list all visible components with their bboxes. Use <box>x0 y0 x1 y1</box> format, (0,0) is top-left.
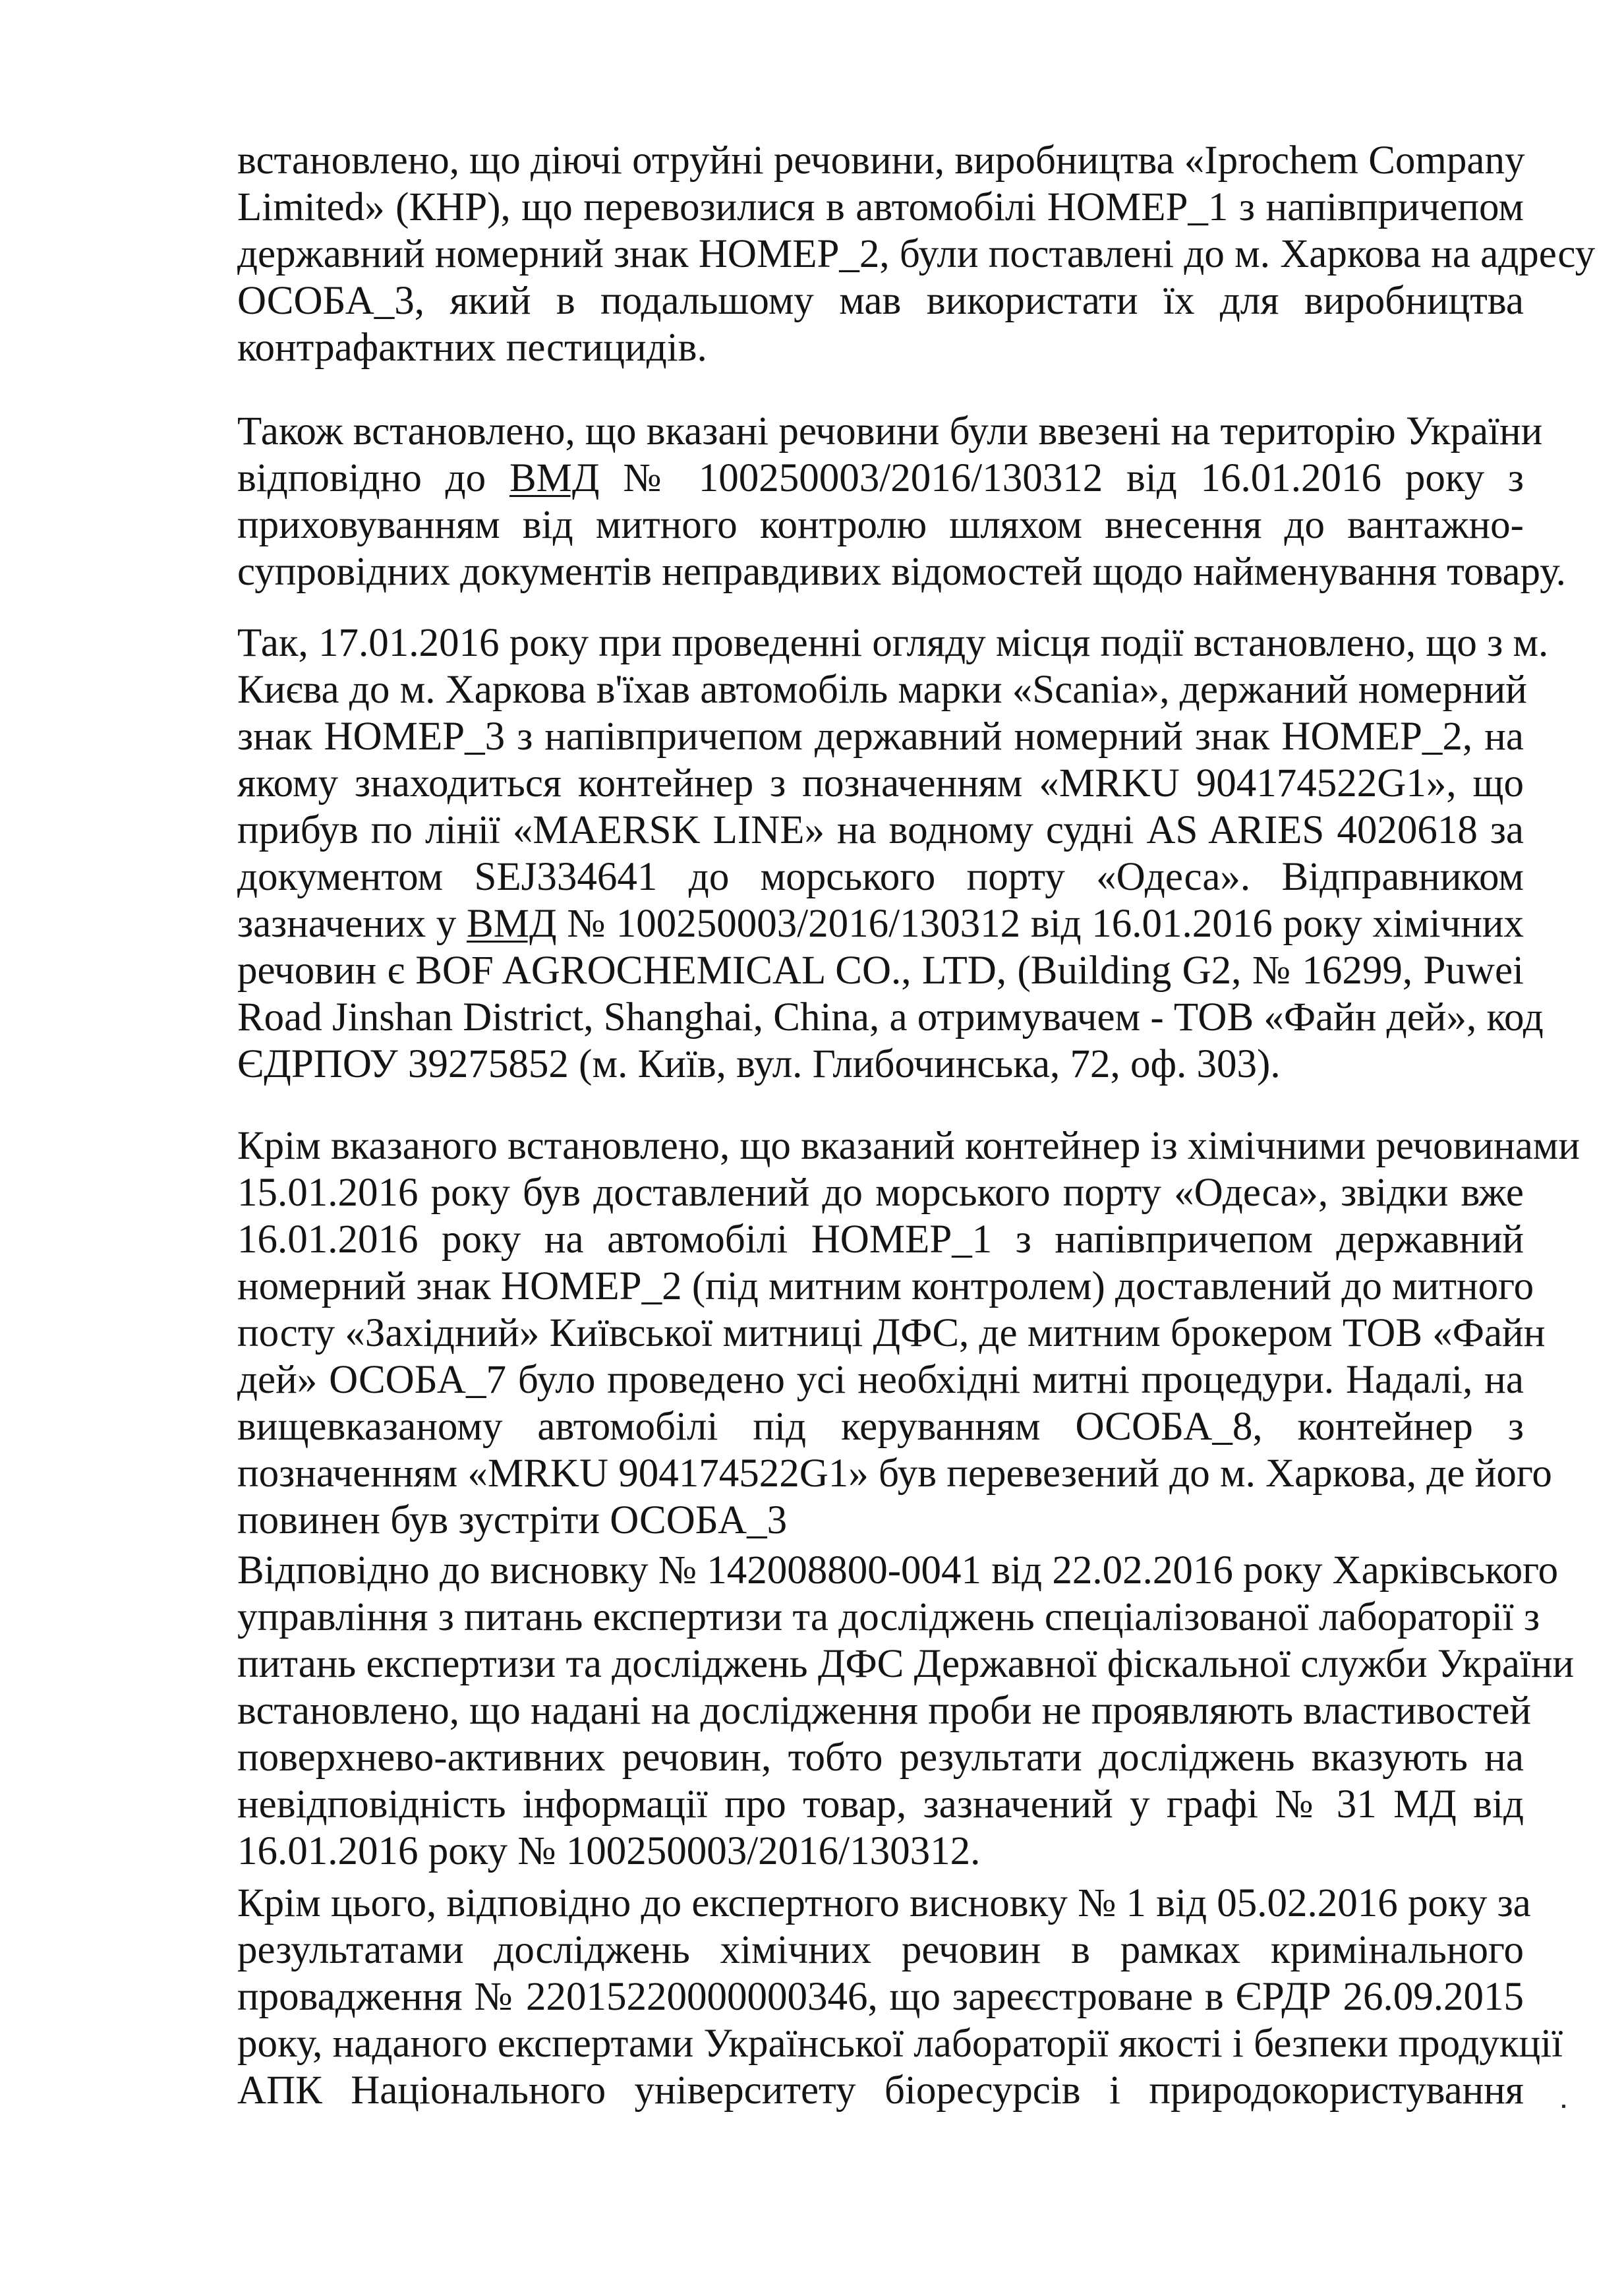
text-line: Limited» (КНР), що перевозилися в автомо… <box>237 184 1524 231</box>
text-line: номерний знак НОМЕР_2 (під митним контро… <box>237 1263 1524 1310</box>
text-line: позначенням «MRKU 904174522G1» був перев… <box>237 1450 1524 1497</box>
text-line: речовин є BOF AGROCHEMICAL CO., LTD, (Bu… <box>237 947 1524 994</box>
text-segment: поверхнево-активних речовин, тобто резул… <box>237 1736 1524 1780</box>
text-segment: року, наданого експертами Української ла… <box>237 2022 1563 2066</box>
text-segment: управління з питань експертизи та дослід… <box>237 1595 1540 1639</box>
text-segment: АПК Національного університету біоресурс… <box>237 2068 1524 2113</box>
text-line: Так, 17.01.2016 року при проведенні огля… <box>237 620 1524 666</box>
text-segment: 16.01.2016 року на автомобілі НОМЕР_1 з … <box>237 1217 1524 1262</box>
text-line: державний номерний знак НОМЕР_2, були по… <box>237 231 1524 277</box>
text-line: Відповідно до висновку № 142008800-0041 … <box>237 1547 1524 1594</box>
text-segment: відповідно до <box>237 456 509 500</box>
text-segment: номерний знак НОМЕР_2 (під митним контро… <box>237 1264 1534 1308</box>
text-segment: питань експертизи та досліджень ДФС Держ… <box>237 1642 1574 1686</box>
text-line: дей» ОСОБА_7 було проведено усі необхідн… <box>237 1357 1524 1403</box>
text-line: документом SEJ334641 до морського порту … <box>237 854 1524 900</box>
text-line: АПК Національного університету біоресурс… <box>237 2067 1524 2114</box>
text-line: провадження № 22015220000000346, що заре… <box>237 1973 1524 2020</box>
text-segment: документом SEJ334641 до морського порту … <box>237 855 1524 899</box>
text-segment: супровідних документів неправдивих відом… <box>237 550 1566 594</box>
text-segment: позначенням «MRKU 904174522G1» був перев… <box>237 1451 1552 1496</box>
text-segment: дей» ОСОБА_7 було проведено усі необхідн… <box>237 1358 1524 1402</box>
text-line: результатами досліджень хімічних речовин… <box>237 1927 1524 1973</box>
text-line: питань експертизи та досліджень ДФС Держ… <box>237 1641 1524 1687</box>
scanned-document-page: встановлено, що діючі отруйні речовини, … <box>0 0 1624 2278</box>
text-segment: Крім вказаного встановлено, що вказаний … <box>237 1124 1580 1168</box>
text-segment: Також встановлено, що вказані речовини б… <box>237 409 1542 453</box>
text-line: Road Jinshan District, Shanghai, China, … <box>237 994 1524 1041</box>
text-segment: ОСОБА_3, який в подальшому мав використа… <box>237 279 1524 323</box>
text-line: зазначених у ВМД № 100250003/2016/130312… <box>237 900 1524 947</box>
text-segment: Road Jinshan District, Shanghai, China, … <box>237 995 1544 1039</box>
text-segment: зазначених у <box>237 902 467 946</box>
text-line: 16.01.2016 року на автомобілі НОМЕР_1 з … <box>237 1216 1524 1263</box>
text-segment: вищевказаному автомобілі під керуванням … <box>237 1405 1524 1449</box>
text-segment: речовин є BOF AGROCHEMICAL CO., LTD, (Bu… <box>237 949 1524 993</box>
text-line: приховуванням від митного контролю шляхо… <box>237 502 1524 548</box>
scan-artifact <box>1562 2105 1565 2108</box>
text-segment: 16.01.2016 року № 100250003/2016/130312. <box>237 1829 980 1873</box>
text-segment: посту «Західний» Київської митниці ДФС, … <box>237 1311 1545 1355</box>
text-segment: Києва до м. Харкова в'їхав автомобіль ма… <box>237 668 1527 712</box>
underlined-abbreviation: ВМД <box>509 456 600 500</box>
text-line: 16.01.2016 року № 100250003/2016/130312. <box>237 1828 1524 1875</box>
text-line: ЄДРПОУ 39275852 (м. Київ, вул. Глибочинс… <box>237 1041 1524 1088</box>
text-line: ОСОБА_3, який в подальшому мав використа… <box>237 277 1524 324</box>
text-segment: Крім цього, відповідно до експертного ви… <box>237 1881 1531 1925</box>
text-segment: провадження № 22015220000000346, що заре… <box>237 1975 1524 2019</box>
paragraph-expert-conclusion: Крім цього, відповідно до експертного ви… <box>237 1880 1524 2114</box>
text-line: прибув по лінії «MAERSK LINE» на водному… <box>237 807 1524 854</box>
text-segment: встановлено, що діючі отруйні речовини, … <box>237 138 1524 183</box>
text-segment: № 100250003/2016/130312 від 16.01.2016 р… <box>557 902 1524 946</box>
text-line: встановлено, що надані на дослідження пр… <box>237 1687 1524 1734</box>
text-segment: невідповідність інформації про товар, за… <box>237 1782 1524 1826</box>
text-segment: повинен був зустріти ОСОБА_3 <box>237 1498 787 1542</box>
text-segment: Limited» (КНР), що перевозилися в автомо… <box>237 185 1524 229</box>
text-segment: державний номерний знак НОМЕР_2, були по… <box>237 232 1595 276</box>
text-line: Києва до м. Харкова в'їхав автомобіль ма… <box>237 666 1524 713</box>
text-line: Крім цього, відповідно до експертного ви… <box>237 1880 1524 1927</box>
text-segment: приховуванням від митного контролю шляхо… <box>237 503 1524 547</box>
text-line: встановлено, що діючі отруйні речовини, … <box>237 137 1524 184</box>
text-line: супровідних документів неправдивих відом… <box>237 548 1524 595</box>
paragraph-container-delivery: Крім вказаного встановлено, що вказаний … <box>237 1123 1524 1544</box>
text-segment: знак НОМЕР_3 з напівпричепом державний н… <box>237 715 1524 759</box>
text-line: посту «Західний» Київської митниці ДФС, … <box>237 1310 1524 1357</box>
underlined-abbreviation: ВМД <box>467 902 557 946</box>
text-segment: ЄДРПОУ 39275852 (м. Київ, вул. Глибочинс… <box>237 1042 1281 1086</box>
text-line: року, наданого експертами Української ла… <box>237 2020 1524 2067</box>
text-segment: результатами досліджень хімічних речовин… <box>237 1928 1524 1972</box>
text-segment: № 100250003/2016/130312 від 16.01.2016 р… <box>600 456 1524 500</box>
text-line: Також встановлено, що вказані речовини б… <box>237 408 1524 455</box>
text-segment: Так, 17.01.2016 року при проведенні огля… <box>237 621 1548 665</box>
text-line: вищевказаному автомобілі під керуванням … <box>237 1403 1524 1450</box>
paragraph-import-concealment: Також встановлено, що вказані речовини б… <box>237 408 1524 595</box>
text-line: управління з питань експертизи та дослід… <box>237 1594 1524 1641</box>
text-line: відповідно до ВМД № 100250003/2016/13031… <box>237 455 1524 502</box>
text-line: повинен був зустріти ОСОБА_3 <box>237 1497 1524 1544</box>
text-segment: Відповідно до висновку № 142008800-0041 … <box>237 1548 1558 1592</box>
paragraph-lab-conclusion: Відповідно до висновку № 142008800-0041 … <box>237 1547 1524 1875</box>
paragraph-toxic-substances-delivery: встановлено, що діючі отруйні речовини, … <box>237 137 1524 371</box>
text-segment: прибув по лінії «MAERSK LINE» на водному… <box>237 808 1524 852</box>
text-line: знак НОМЕР_3 з напівпричепом державний н… <box>237 713 1524 760</box>
text-segment: контрафактних пестицидів. <box>237 326 707 370</box>
text-line: контрафактних пестицидів. <box>237 324 1524 371</box>
text-segment: встановлено, що надані на дослідження пр… <box>237 1689 1531 1733</box>
paragraph-scene-inspection: Так, 17.01.2016 року при проведенні огля… <box>237 620 1524 1088</box>
text-line: Крім вказаного встановлено, що вказаний … <box>237 1123 1524 1169</box>
text-line: 15.01.2016 року був доставлений до морсь… <box>237 1169 1524 1216</box>
text-line: поверхнево-активних речовин, тобто резул… <box>237 1734 1524 1781</box>
text-line: невідповідність інформації про товар, за… <box>237 1781 1524 1828</box>
text-segment: 15.01.2016 року був доставлений до морсь… <box>237 1171 1524 1215</box>
text-line: якому знаходиться контейнер з позначення… <box>237 760 1524 807</box>
text-segment: якому знаходиться контейнер з позначення… <box>237 761 1524 805</box>
